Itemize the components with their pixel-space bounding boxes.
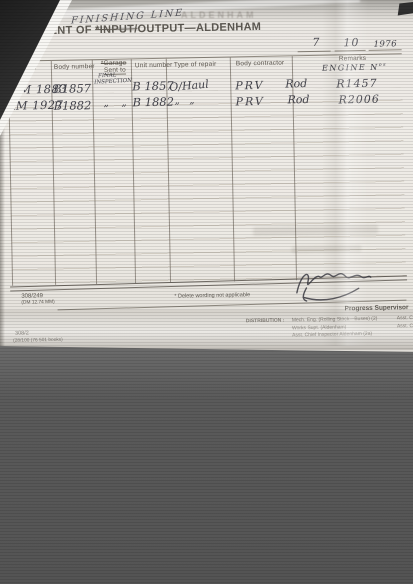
form-title-struck-input: *INPUT/ xyxy=(95,23,138,36)
row1-body-number: B1857 xyxy=(53,81,91,96)
form-ref-code: (DM 12.74 MM) xyxy=(21,300,54,306)
row1-remark-name: Rod xyxy=(285,77,307,90)
date-day: 7 xyxy=(312,36,319,49)
row2-repair-ditto: „ „ xyxy=(174,95,194,106)
header-unit-number: Unit number xyxy=(135,62,173,70)
vertical-crease xyxy=(322,0,368,346)
header-body-contractor: Body contractor xyxy=(236,59,285,67)
form-ref-number: 308/249 xyxy=(21,293,43,299)
scanned-document: ALDENHAM FINISHING LINE MENT OF *INPUT/O… xyxy=(0,0,413,584)
paper-sheet: ALDENHAM FINISHING LINE MENT OF *INPUT/O… xyxy=(0,0,413,353)
row2-garage-ditto: „ „ xyxy=(104,98,127,109)
paper-left-edge-shadow xyxy=(0,118,5,346)
row1-body-contractor: PRV xyxy=(235,79,264,93)
header-inspection-handwritten: INSPECTION xyxy=(94,78,132,86)
date-year-underline xyxy=(369,49,402,51)
row2-body-number: B1882 xyxy=(54,98,92,113)
row2-body-contractor: PRV xyxy=(235,95,264,109)
header-type-of-repair: Type of repair xyxy=(174,61,217,69)
delete-note: * Delete wording not applicable xyxy=(174,292,250,299)
bottom-crease xyxy=(0,310,413,350)
date-year: 1976 xyxy=(373,39,397,49)
row1-unit-number: B 1857 xyxy=(132,79,174,94)
row2-unit-number: B 1882 xyxy=(132,95,174,110)
engine-nos-sup: os xyxy=(379,63,387,68)
header-body-number: Body number xyxy=(54,63,95,71)
row2-remark-name: Rod xyxy=(287,93,309,106)
form-title-rest: OUTPUT—ALDENHAM xyxy=(137,21,261,35)
